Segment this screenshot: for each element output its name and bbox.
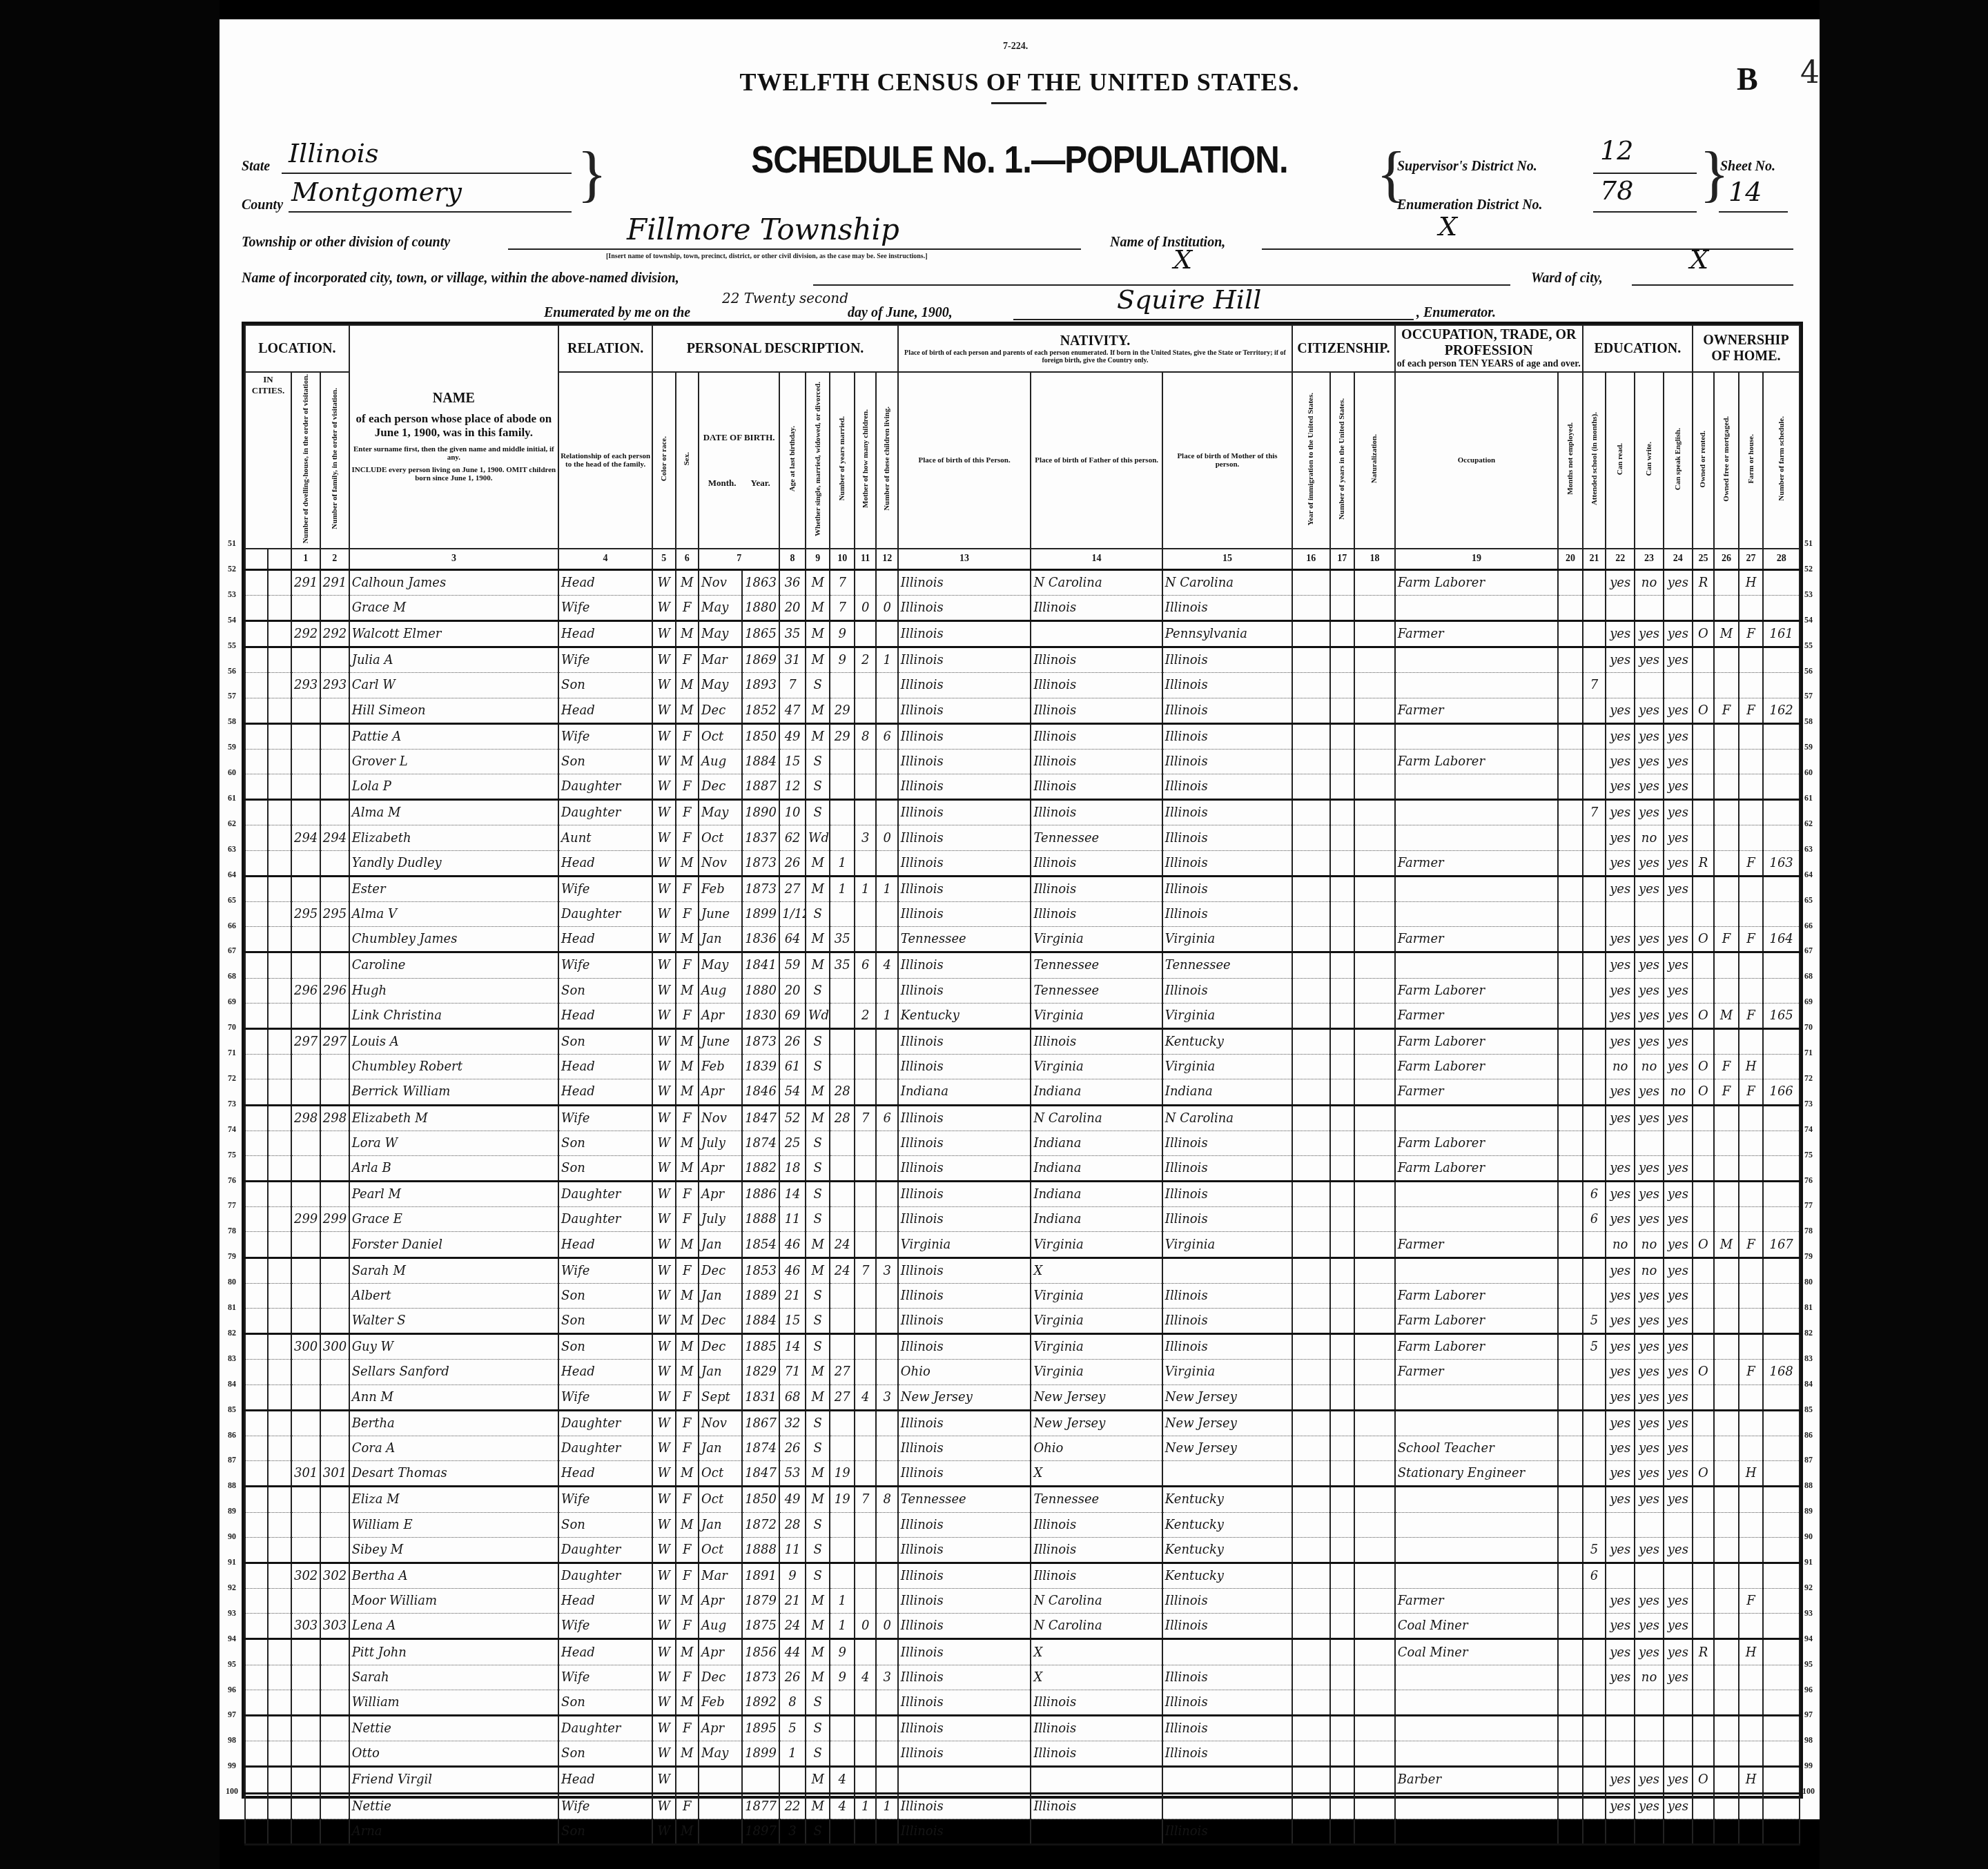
cell-street <box>245 1003 268 1028</box>
cell-birth-month: Apr <box>699 1716 742 1741</box>
cell-farm-house <box>1739 595 1764 620</box>
cell-mother-of <box>855 1741 876 1767</box>
cell-father-birthplace: Virginia <box>1031 1360 1162 1384</box>
cell-sex: F <box>676 1563 699 1588</box>
cell-birth-year: 1890 <box>742 800 779 825</box>
cell-can-read: yes <box>1606 1207 1635 1232</box>
cell-age: 68 <box>779 1384 806 1410</box>
cell-relation: Aunt <box>558 825 652 850</box>
cell-birthplace: Illinois <box>898 952 1031 978</box>
cell-color: W <box>652 1182 675 1207</box>
cell-birthplace: Illinois <box>898 673 1031 698</box>
cell-relation: Head <box>558 698 652 723</box>
cell-color: W <box>652 850 675 876</box>
cell-immigration-year <box>1292 1512 1329 1537</box>
cell-can-read: yes <box>1606 927 1635 952</box>
cell-farm-house <box>1739 1512 1764 1537</box>
cell-farm-house <box>1739 1207 1764 1232</box>
line-number: 87 <box>1800 1455 1817 1465</box>
col-can-speak-english: Can speak English. <box>1664 372 1693 549</box>
cell-birth-year: 1882 <box>742 1155 779 1181</box>
cell-farm-house <box>1739 774 1764 800</box>
cell-years-in-us <box>1330 1741 1355 1767</box>
census-line: 300300Guy WSonWMDec188514SIllinoisVirgin… <box>245 1334 1800 1360</box>
line-number: 84 <box>1800 1379 1817 1389</box>
cell-owned-rented: O <box>1693 1461 1714 1487</box>
cell-years-in-us <box>1330 1334 1355 1360</box>
cell-relation: Daughter <box>558 1207 652 1232</box>
cell-color: W <box>652 1360 675 1384</box>
county-underline <box>289 211 572 213</box>
cell-mother-of <box>855 1767 876 1793</box>
cell-sex <box>676 1767 699 1793</box>
cell-birth-month <box>699 1819 742 1844</box>
cell-street <box>245 1309 268 1334</box>
cell-years-married: 27 <box>830 1384 855 1410</box>
line-number: 100 <box>1800 1786 1817 1797</box>
cell-occupation: Farm Laborer <box>1395 1155 1558 1181</box>
cell-house-number <box>268 1690 291 1715</box>
cell-can-read: yes <box>1606 1309 1635 1334</box>
cell-years-in-us <box>1330 569 1355 595</box>
census-line: Pitt JohnHeadWMApr185644M9IllinoisXCoal … <box>245 1639 1800 1665</box>
cell-marital-status: S <box>806 1563 830 1588</box>
cell-sex: M <box>676 1690 699 1715</box>
cell-farm-house: H <box>1739 1639 1764 1665</box>
cell-color: W <box>652 1283 675 1308</box>
cell-house-number <box>268 1055 291 1079</box>
cell-birth-year: 1873 <box>742 1028 779 1054</box>
cell-street <box>245 1436 268 1460</box>
cell-age: 54 <box>779 1079 806 1105</box>
cell-immigration-year <box>1292 1767 1329 1793</box>
cell-children-living: 6 <box>876 723 897 749</box>
cell-can-read <box>1606 902 1635 927</box>
cell-years-in-us <box>1330 825 1355 850</box>
col-attended-school: Attended school (in months). <box>1583 372 1606 549</box>
cell-birth-year: 1897 <box>742 1819 779 1844</box>
cell-months-unemployed <box>1558 1410 1583 1436</box>
cell-sex: F <box>676 876 699 901</box>
cell-birth-month: Feb <box>699 1690 742 1715</box>
cell-sex: F <box>676 1410 699 1436</box>
cell-occupation <box>1395 1384 1558 1410</box>
cell-farm-schedule: 167 <box>1763 1232 1800 1258</box>
cell-free-mortgaged <box>1714 902 1739 927</box>
cell-dwelling-number: 291 <box>291 569 320 595</box>
cell-attended-school <box>1583 1436 1606 1460</box>
cell-mother-of <box>855 1207 876 1232</box>
cell-sex: F <box>676 902 699 927</box>
cell-sex: M <box>676 698 699 723</box>
cell-mother-birthplace: Kentucky <box>1162 1028 1292 1054</box>
cell-years-married <box>830 1512 855 1537</box>
cell-mother-of: 0 <box>855 1614 876 1639</box>
cell-dwelling-number <box>291 800 320 825</box>
cell-sex: F <box>676 1384 699 1410</box>
cell-house-number <box>268 1131 291 1155</box>
cell-occupation: Farmer <box>1395 1232 1558 1258</box>
cell-age: 12 <box>779 774 806 800</box>
cell-owned-rented <box>1693 1589 1714 1614</box>
cell-birth-month: Jan <box>699 1232 742 1258</box>
colnum: 3 <box>349 549 558 570</box>
name-description: of each person whose place of abode on J… <box>351 412 556 440</box>
cell-years-married: 19 <box>830 1487 855 1512</box>
cell-mother-of <box>855 1232 876 1258</box>
cell-can-speak-english: yes <box>1664 1232 1693 1258</box>
cell-months-unemployed <box>1558 1614 1583 1639</box>
cell-children-living <box>876 1283 897 1308</box>
cell-naturalization <box>1354 1614 1395 1639</box>
cell-age: 24 <box>779 1614 806 1639</box>
ward-underline <box>1632 284 1793 286</box>
cell-birth-month: Mar <box>699 647 742 673</box>
cell-farm-schedule <box>1763 1105 1800 1131</box>
census-line: Forster DanielHeadWMJan185446M24Virginia… <box>245 1232 1800 1258</box>
cell-marital-status: S <box>806 1690 830 1715</box>
cell-months-unemployed <box>1558 1309 1583 1334</box>
cell-can-speak-english: yes <box>1664 1410 1693 1436</box>
cell-mother-birthplace: Indiana <box>1162 1079 1292 1105</box>
cell-attended-school <box>1583 876 1606 901</box>
census-line: BerthaDaughterWFNov186732SIllinoisNew Je… <box>245 1410 1800 1436</box>
cell-can-speak-english: yes <box>1664 1487 1693 1512</box>
cell-occupation <box>1395 1793 1558 1819</box>
cell-can-read: yes <box>1606 1384 1635 1410</box>
cell-color: W <box>652 1665 675 1690</box>
line-number: 74 <box>1800 1124 1817 1135</box>
cell-farm-house <box>1739 1028 1764 1054</box>
cell-person-name: Arna <box>349 1819 558 1844</box>
cell-marital-status: S <box>806 1716 830 1741</box>
group-name: NAME of each person whose place of abode… <box>349 325 558 549</box>
cell-occupation: Farmer <box>1395 1360 1558 1384</box>
cell-mother-of: 2 <box>855 1003 876 1028</box>
cell-color: W <box>652 698 675 723</box>
cell-children-living <box>876 1360 897 1384</box>
cell-children-living <box>876 1537 897 1563</box>
cell-children-living: 0 <box>876 1614 897 1639</box>
cell-owned-rented <box>1693 1131 1714 1155</box>
cell-person-name: Sarah <box>349 1665 558 1690</box>
cell-dwelling-number: 296 <box>291 978 320 1003</box>
cell-can-read: yes <box>1606 1360 1635 1384</box>
cell-color: W <box>652 902 675 927</box>
cell-can-write: yes <box>1635 1589 1664 1614</box>
cell-farm-house: H <box>1739 1055 1764 1079</box>
cell-dwelling-number <box>291 1639 320 1665</box>
cell-naturalization <box>1354 1283 1395 1308</box>
cell-birth-year: 1874 <box>742 1436 779 1460</box>
cell-immigration-year <box>1292 1537 1329 1563</box>
cell-father-birthplace: New Jersey <box>1031 1410 1162 1436</box>
cell-months-unemployed <box>1558 1690 1583 1715</box>
cell-farm-schedule <box>1763 876 1800 901</box>
colnum: 25 <box>1693 549 1714 570</box>
cell-owned-rented <box>1693 1614 1714 1639</box>
cell-farm-house: F <box>1739 1360 1764 1384</box>
cell-children-living <box>876 850 897 876</box>
cell-attended-school <box>1583 1614 1606 1639</box>
cell-father-birthplace: X <box>1031 1461 1162 1487</box>
cell-can-speak-english <box>1664 902 1693 927</box>
cell-children-living <box>876 1410 897 1436</box>
scan-border-right <box>1820 0 1988 1869</box>
cell-street <box>245 1665 268 1690</box>
cell-birth-year <box>742 1767 779 1793</box>
line-number: 55 <box>1800 640 1817 651</box>
cell-marital-status: M <box>806 1079 830 1105</box>
cell-birth-year: 1865 <box>742 620 779 647</box>
cell-mother-birthplace <box>1162 1793 1292 1819</box>
cell-street <box>245 800 268 825</box>
cell-attended-school <box>1583 723 1606 749</box>
cell-age: 21 <box>779 1589 806 1614</box>
cell-years-married: 19 <box>830 1461 855 1487</box>
cell-years-in-us <box>1330 1537 1355 1563</box>
cell-can-speak-english: yes <box>1664 1537 1693 1563</box>
cell-farm-house: F <box>1739 850 1764 876</box>
cell-age: 25 <box>779 1131 806 1155</box>
cell-immigration-year <box>1292 1360 1329 1384</box>
cell-sex: F <box>676 1003 699 1028</box>
cell-birthplace <box>898 1767 1031 1793</box>
cell-person-name: Hugh <box>349 978 558 1003</box>
cell-relation: Daughter <box>558 1410 652 1436</box>
cell-owned-rented <box>1693 1665 1714 1690</box>
cell-birth-year: 1839 <box>742 1055 779 1079</box>
cell-mother-birthplace: Illinois <box>1162 1665 1292 1690</box>
cell-street <box>245 1283 268 1308</box>
cell-birthplace: Tennessee <box>898 1487 1031 1512</box>
cell-family-number <box>320 1283 349 1308</box>
cell-father-birthplace: Illinois <box>1031 1537 1162 1563</box>
cell-house-number <box>268 1079 291 1105</box>
cell-mother-birthplace: N Carolina <box>1162 569 1292 595</box>
cell-owned-rented <box>1693 1563 1714 1588</box>
cell-relation: Wife <box>558 1105 652 1131</box>
cell-birth-month: Jan <box>699 1283 742 1308</box>
title-divider <box>991 102 1046 104</box>
cell-birth-month: Jan <box>699 1512 742 1537</box>
cell-family-number: 299 <box>320 1207 349 1232</box>
cell-dwelling-number <box>291 1360 320 1384</box>
cell-birth-month: Nov <box>699 1105 742 1131</box>
cell-birth-month: Apr <box>699 1079 742 1105</box>
cell-sex: M <box>676 1055 699 1079</box>
cell-occupation: Farmer <box>1395 1589 1558 1614</box>
cell-attended-school <box>1583 1131 1606 1155</box>
name-note-include: INCLUDE every person living on June 1, 1… <box>351 466 556 482</box>
cell-immigration-year <box>1292 1334 1329 1360</box>
cell-immigration-year <box>1292 723 1329 749</box>
cell-mother-birthplace <box>1162 1639 1292 1665</box>
cell-can-speak-english: yes <box>1664 749 1693 774</box>
col-marital-status: Whether single, married, widowed, or div… <box>806 372 830 549</box>
cell-age: 5 <box>779 1716 806 1741</box>
cell-birthplace: Illinois <box>898 647 1031 673</box>
cell-months-unemployed <box>1558 952 1583 978</box>
cell-free-mortgaged <box>1714 1207 1739 1232</box>
cell-birthplace: Virginia <box>898 1232 1031 1258</box>
cell-can-speak-english: yes <box>1664 1258 1693 1283</box>
cell-birthplace: Illinois <box>898 902 1031 927</box>
cell-color: W <box>652 647 675 673</box>
cell-attended-school <box>1583 1589 1606 1614</box>
cell-attended-school <box>1583 749 1606 774</box>
cell-can-write: no <box>1635 1232 1664 1258</box>
cell-can-write: yes <box>1635 1105 1664 1131</box>
enumeration-district-value: 78 <box>1600 175 1633 206</box>
cell-can-write: yes <box>1635 850 1664 876</box>
cell-owned-rented <box>1693 1537 1714 1563</box>
cell-immigration-year <box>1292 1283 1329 1308</box>
census-line: William ESonWMJan187228SIllinoisIllinois… <box>245 1512 1800 1537</box>
cell-mother-of <box>855 978 876 1003</box>
colnum: 23 <box>1635 549 1664 570</box>
cell-color: W <box>652 952 675 978</box>
cell-color: W <box>652 1003 675 1028</box>
cell-children-living <box>876 1436 897 1460</box>
colnum: 2 <box>320 549 349 570</box>
cell-owned-rented <box>1693 800 1714 825</box>
cell-can-write: yes <box>1635 1614 1664 1639</box>
cell-relation: Wife <box>558 876 652 901</box>
cell-can-write: yes <box>1635 978 1664 1003</box>
cell-children-living: 3 <box>876 1665 897 1690</box>
cell-mother-of <box>855 1690 876 1715</box>
line-number: 96 <box>224 1685 240 1695</box>
cell-occupation: Farm Laborer <box>1395 569 1558 595</box>
line-number: 90 <box>224 1532 240 1542</box>
cell-father-birthplace: Illinois <box>1031 1793 1162 1819</box>
cell-occupation <box>1395 1512 1558 1537</box>
cell-marital-status: M <box>806 1384 830 1410</box>
cell-dwelling-number <box>291 1410 320 1436</box>
cell-mother-of <box>855 1182 876 1207</box>
line-number: 71 <box>1800 1048 1817 1058</box>
cell-house-number <box>268 1232 291 1258</box>
cell-occupation <box>1395 800 1558 825</box>
document-title: TWELFTH CENSUS OF THE UNITED STATES. <box>220 68 1820 97</box>
cell-sex: M <box>676 978 699 1003</box>
cell-immigration-year <box>1292 1793 1329 1819</box>
cell-father-birthplace: Illinois <box>1031 1512 1162 1537</box>
cell-free-mortgaged <box>1714 876 1739 901</box>
cell-mother-birthplace: Illinois <box>1162 800 1292 825</box>
cell-farm-schedule <box>1763 1741 1800 1767</box>
cell-can-read: yes <box>1606 1614 1635 1639</box>
col-birthplace-person: Place of birth of this Person. <box>898 372 1031 549</box>
cell-years-married <box>830 1131 855 1155</box>
cell-occupation: Farmer <box>1395 850 1558 876</box>
line-number: 98 <box>1800 1735 1817 1745</box>
cell-farm-house: F <box>1739 620 1764 647</box>
cell-family-number <box>320 952 349 978</box>
cell-occupation <box>1395 952 1558 978</box>
cell-farm-house <box>1739 1384 1764 1410</box>
cell-naturalization <box>1354 1665 1395 1690</box>
census-line: Moor WilliamHeadWMApr187921M1IllinoisN C… <box>245 1589 1800 1614</box>
cell-father-birthplace: N Carolina <box>1031 569 1162 595</box>
cell-can-write: yes <box>1635 1410 1664 1436</box>
cell-occupation: Stationary Engineer <box>1395 1461 1558 1487</box>
cell-free-mortgaged <box>1714 1487 1739 1512</box>
line-number: 61 <box>224 793 240 803</box>
cell-farm-schedule <box>1763 1131 1800 1155</box>
cell-house-number <box>268 825 291 850</box>
cell-mother-of: 1 <box>855 1793 876 1819</box>
cell-farm-schedule <box>1763 1207 1800 1232</box>
cell-farm-house: H <box>1739 1767 1764 1793</box>
cell-marital-status: S <box>806 1182 830 1207</box>
col-occupation: Occupation <box>1395 372 1558 549</box>
cell-occupation: Farm Laborer <box>1395 1309 1558 1334</box>
cell-house-number <box>268 647 291 673</box>
line-number: 96 <box>1800 1685 1817 1695</box>
cell-mother-birthplace: Illinois <box>1162 647 1292 673</box>
cell-birth-year: 1895 <box>742 1716 779 1741</box>
cell-birthplace: Kentucky <box>898 1003 1031 1028</box>
cell-age: 28 <box>779 1512 806 1537</box>
cell-immigration-year <box>1292 774 1329 800</box>
cell-house-number <box>268 952 291 978</box>
cell-birthplace: Illinois <box>898 1741 1031 1767</box>
cell-farm-house <box>1739 723 1764 749</box>
colnum: 22 <box>1606 549 1635 570</box>
col-children-living: Number of these children living. <box>876 372 897 549</box>
cell-immigration-year <box>1292 647 1329 673</box>
cell-can-speak-english: yes <box>1664 1207 1693 1232</box>
cell-can-write: yes <box>1635 1384 1664 1410</box>
census-line: OttoSonWMMay18991SIllinoisIllinoisIllino… <box>245 1741 1800 1767</box>
cell-family-number <box>320 749 349 774</box>
cell-free-mortgaged <box>1714 1258 1739 1283</box>
cell-dwelling-number <box>291 1589 320 1614</box>
line-number: 91 <box>1800 1557 1817 1567</box>
cell-marital-status: M <box>806 595 830 620</box>
cell-relation: Head <box>558 850 652 876</box>
cell-sex: M <box>676 1512 699 1537</box>
cell-family-number <box>320 876 349 901</box>
cell-color: W <box>652 1512 675 1537</box>
colnum: 4 <box>558 549 652 570</box>
cell-age: 7 <box>779 673 806 698</box>
line-number: 52 <box>224 564 240 574</box>
line-number: 97 <box>224 1710 240 1720</box>
cell-dwelling-number <box>291 1182 320 1207</box>
cell-dwelling-number <box>291 647 320 673</box>
line-number: 57 <box>224 691 240 701</box>
cell-age: 69 <box>779 1003 806 1028</box>
cell-can-read <box>1606 1131 1635 1155</box>
cell-dwelling-number <box>291 952 320 978</box>
institution-label: Name of Institution, <box>1110 235 1225 251</box>
cell-years-married <box>830 902 855 927</box>
line-number: 81 <box>1800 1302 1817 1313</box>
cell-birth-year: 1875 <box>742 1614 779 1639</box>
cell-relation: Daughter <box>558 902 652 927</box>
cell-sex: M <box>676 673 699 698</box>
cell-mother-of <box>855 1360 876 1384</box>
institution-underline <box>1262 248 1793 250</box>
cell-naturalization <box>1354 1512 1395 1537</box>
cell-years-married <box>830 1741 855 1767</box>
cell-color: W <box>652 1716 675 1741</box>
cell-farm-house <box>1739 647 1764 673</box>
cell-father-birthplace: Illinois <box>1031 723 1162 749</box>
